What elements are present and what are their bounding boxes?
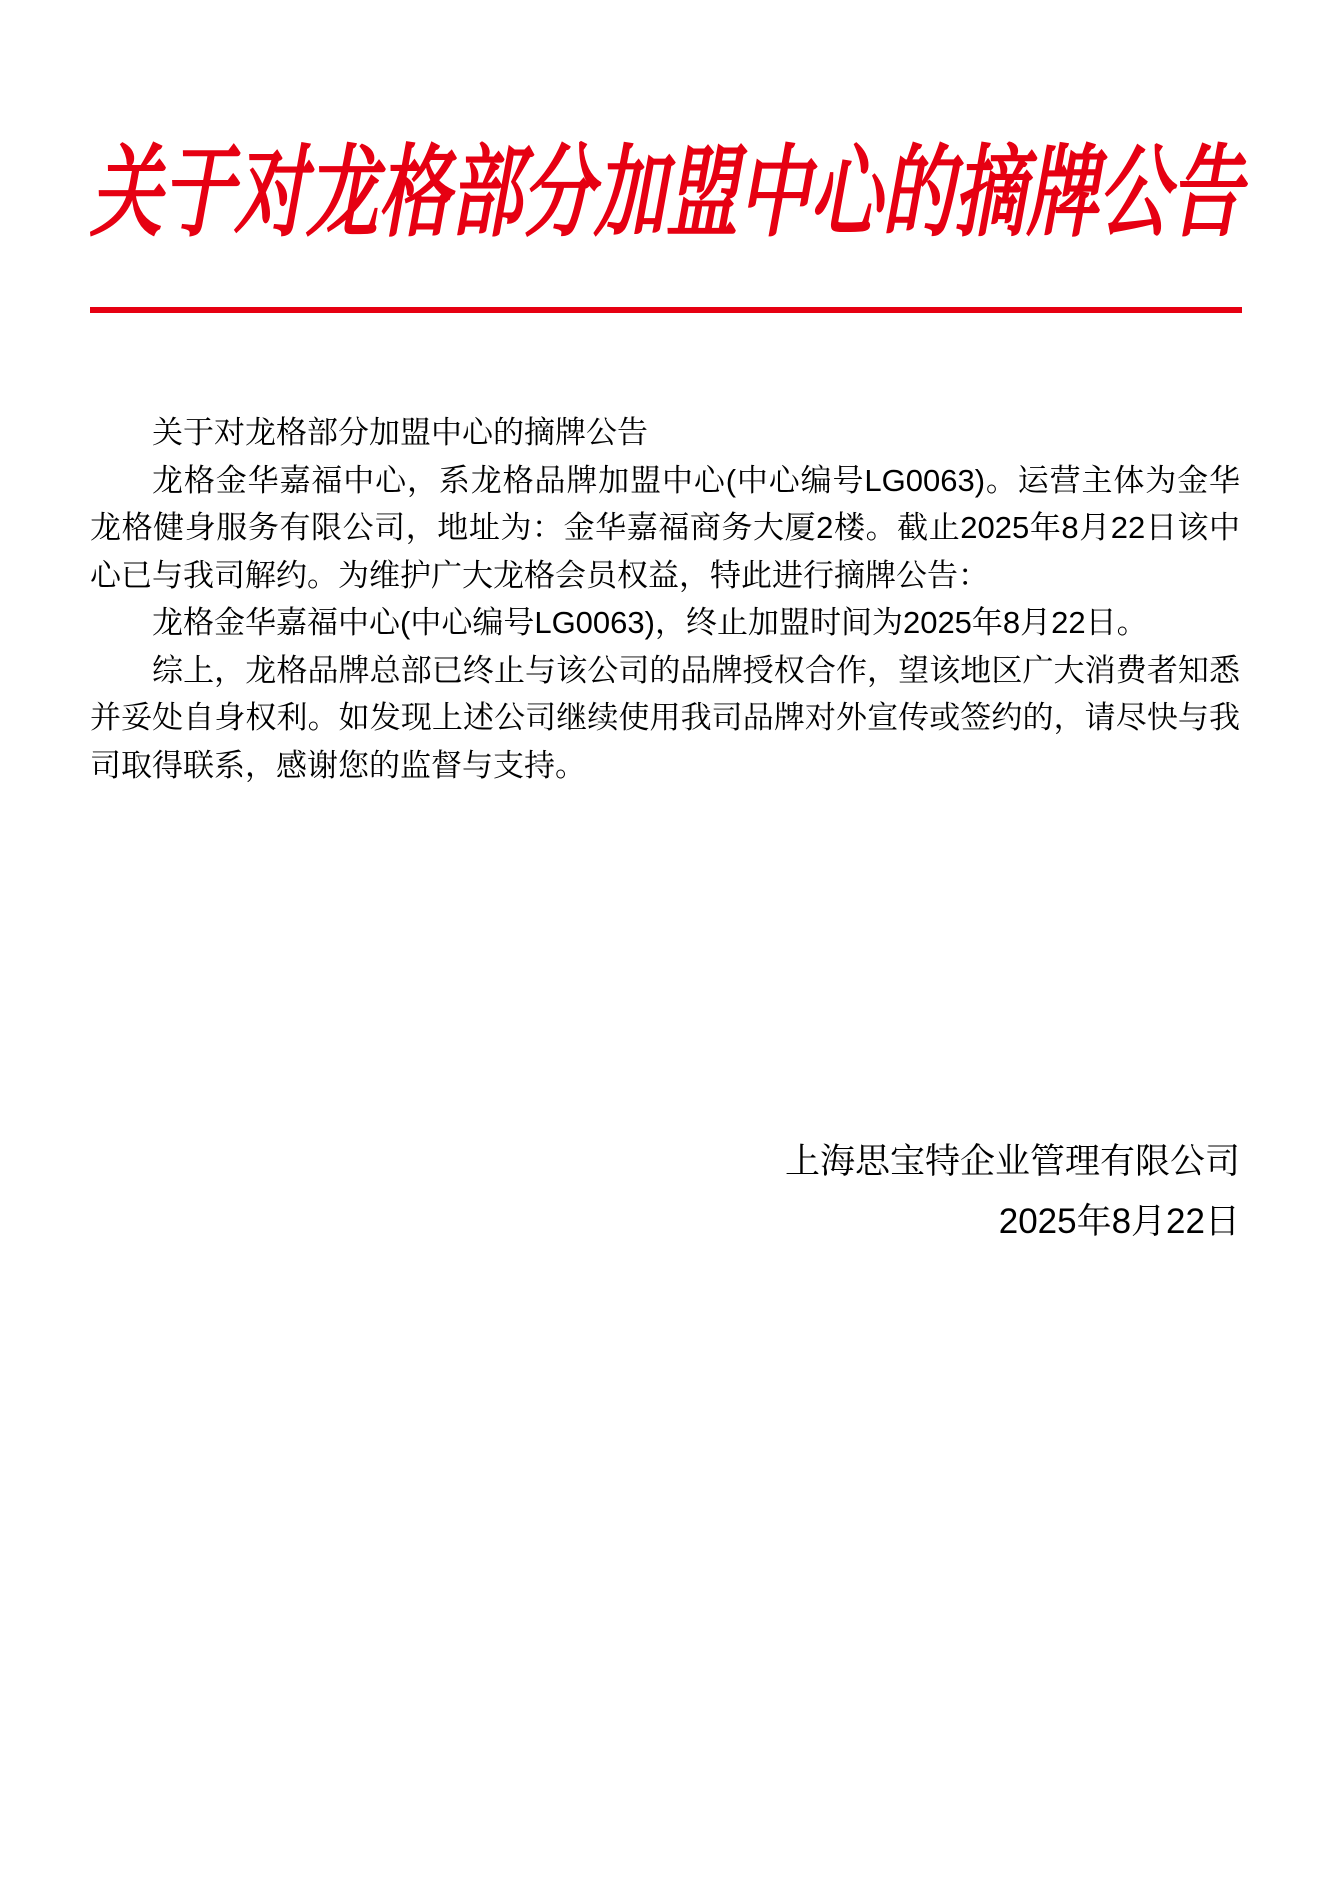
body-paragraph-center-info: 龙格金华嘉福中心，系龙格品牌加盟中心(中心编号LG0063)。运营主体为金华龙格…: [90, 457, 1240, 600]
announcement-body: 关于对龙格部分加盟中心的摘牌公告 龙格金华嘉福中心，系龙格品牌加盟中心(中心编号…: [90, 409, 1240, 789]
announcement-title: 关于对龙格部分加盟中心的摘牌公告: [90, 138, 1242, 248]
signature-company-name: 上海思宝特企业管理有限公司: [90, 1132, 1240, 1192]
body-paragraph-summary: 综上，龙格品牌总部已终止与该公司的品牌授权合作，望该地区广大消费者知悉并妥处自身…: [90, 647, 1240, 790]
body-paragraph-termination: 龙格金华嘉福中心(中心编号LG0063)，终止加盟时间为2025年8月22日。: [90, 599, 1240, 647]
body-paragraph-heading-line: 关于对龙格部分加盟中心的摘牌公告: [90, 409, 1240, 457]
signature-block: 上海思宝特企业管理有限公司 2025年8月22日: [90, 1132, 1240, 1252]
title-underline-rule: [90, 307, 1242, 313]
announcement-page: 关于对龙格部分加盟中心的摘牌公告 关于对龙格部分加盟中心的摘牌公告 龙格金华嘉福…: [0, 0, 1330, 1902]
signature-date: 2025年8月22日: [90, 1192, 1240, 1252]
